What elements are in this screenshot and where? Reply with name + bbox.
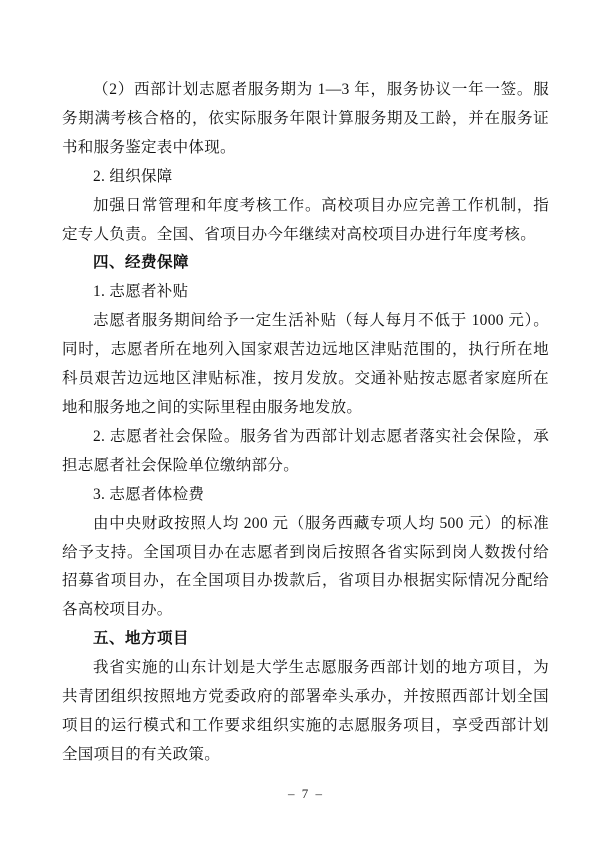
paragraph: 加强日常管理和年度考核工作。高校项目办应完善工作机制，指定专人负责。全国、省项目… [62, 192, 549, 250]
paragraph: 志愿者服务期间给予一定生活补贴（每人每月不低于 1000 元）。同时，志愿者所在… [62, 307, 549, 423]
paragraph: 2. 志愿者社会保险。服务省为西部计划志愿者落实社会保险，承担志愿者社会保险单位… [62, 423, 549, 481]
document-page: （2）西部计划志愿者服务期为 1—3 年，服务协议一年一签。服务期满考核合格的，… [0, 0, 612, 867]
sub-heading: 1. 志愿者补贴 [62, 278, 549, 307]
page-number: – 7 – [0, 786, 612, 802]
section-heading: 四、经费保障 [62, 249, 549, 278]
paragraph: （2）西部计划志愿者服务期为 1—3 年，服务协议一年一签。服务期满考核合格的，… [62, 76, 549, 163]
sub-heading: 3. 志愿者体检费 [62, 481, 549, 510]
paragraph: 我省实施的山东计划是大学生志愿服务西部计划的地方项目，为共青团组织按照地方党委政… [62, 654, 549, 770]
paragraph-lead: 2. 志愿者社会保险。 [93, 428, 240, 445]
sub-heading: 2. 组织保障 [62, 163, 549, 192]
paragraph: 由中央财政按照人均 200 元（服务西藏专项人均 500 元）的标准给予支持。全… [62, 510, 549, 626]
section-heading: 五、地方项目 [62, 625, 549, 654]
document-body: （2）西部计划志愿者服务期为 1—3 年，服务协议一年一签。服务期满考核合格的，… [62, 76, 549, 770]
